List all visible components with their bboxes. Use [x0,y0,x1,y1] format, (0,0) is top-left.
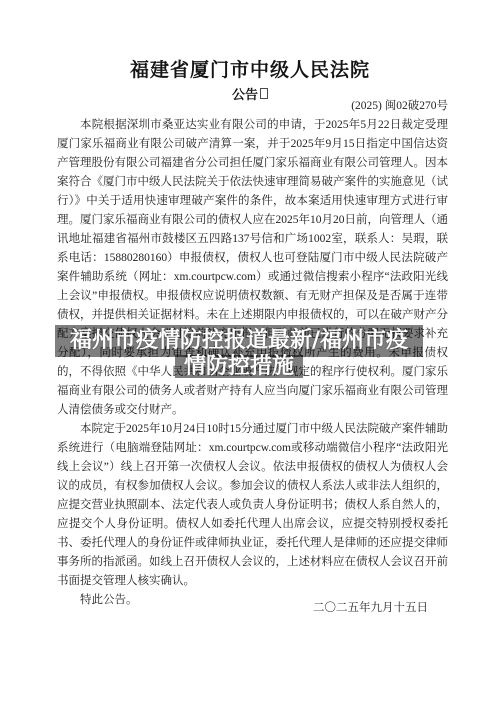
court-title: 福建省厦门市中级人民法院 [0,55,500,82]
issue-date: 二〇二五年九月十五日 [57,599,428,615]
headline-line-2-text: 情防控措施 [175,355,303,378]
case-number: (2025) 闽02破270号 [57,97,448,113]
announcement-page: 福建省厦门市中级人民法院 公告 (2025) 闽02破270号 本院根据深圳市桑… [0,0,500,706]
headline-line-2: 情防控措施 [55,354,423,379]
body-paragraph-2: 本院定于2025年10月24日10时15分通过厦门市中级人民法院破产案件辅助系统… [57,420,448,591]
headline-overlay: 福州市疫情防控报道最新/福州市疫 情防控措施 [55,325,423,379]
headline-line-1: 福州市疫情防控报道最新/福州市疫 [55,325,423,357]
